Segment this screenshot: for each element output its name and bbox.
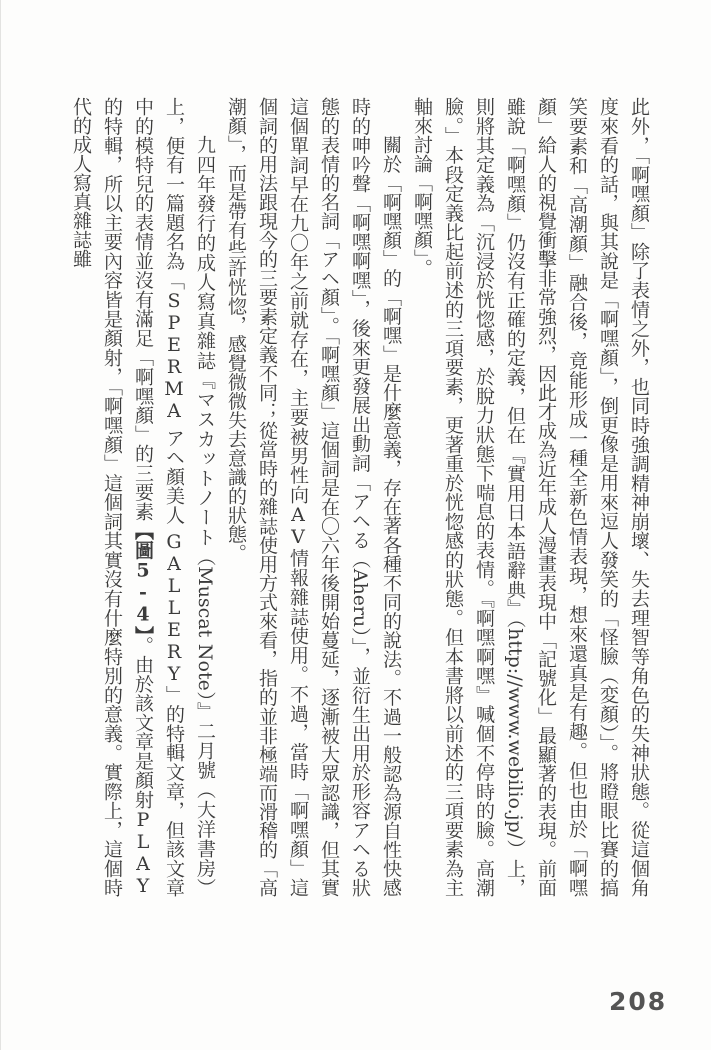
body-text: PLAY xyxy=(132,809,154,897)
page-number: 208 xyxy=(609,987,667,1016)
body-text: 的特輯，所以主要內容皆是顏射，「啊嘿顏」這個詞其實沒有什麼特別的意義。實際上，這… xyxy=(70,97,123,897)
body-text: 。由於該文章是顏射 xyxy=(132,636,154,809)
figure-reference: 【圖 xyxy=(132,521,154,560)
text-block: 此外，「啊嘿顏」除了表情之外，也同時強調精神崩壞、失去理智等角色的失神狀態。從這… xyxy=(65,97,654,897)
paragraph: 此外，「啊嘿顏」除了表情之外，也同時強調精神崩壞、失去理智等角色的失神狀態。從這… xyxy=(406,97,654,897)
body-text: AV xyxy=(287,504,309,548)
figure-reference: 】 xyxy=(132,626,154,636)
body-text: SPERMA xyxy=(163,290,185,422)
body-text: GALLERY xyxy=(163,531,185,685)
book-page: 此外，「啊嘿顏」除了表情之外，也同時強調精神崩壞、失去理智等角色的失神狀態。從這… xyxy=(0,0,711,1050)
paragraph: 九四年發行的成人寫真雜誌『マスカットノート（Muscat Note）』二月號（大… xyxy=(65,97,220,897)
body-text: アヘ顏美人 xyxy=(163,422,185,531)
paragraph: 關於「啊嘿顏」的「啊嘿」是什麼意義，存在著各種不同的說法。不過一般認為源自性快感… xyxy=(220,97,406,897)
figure-reference: 5-4 xyxy=(132,560,154,626)
url-text: http://www.webilio.jp/ xyxy=(504,628,526,839)
